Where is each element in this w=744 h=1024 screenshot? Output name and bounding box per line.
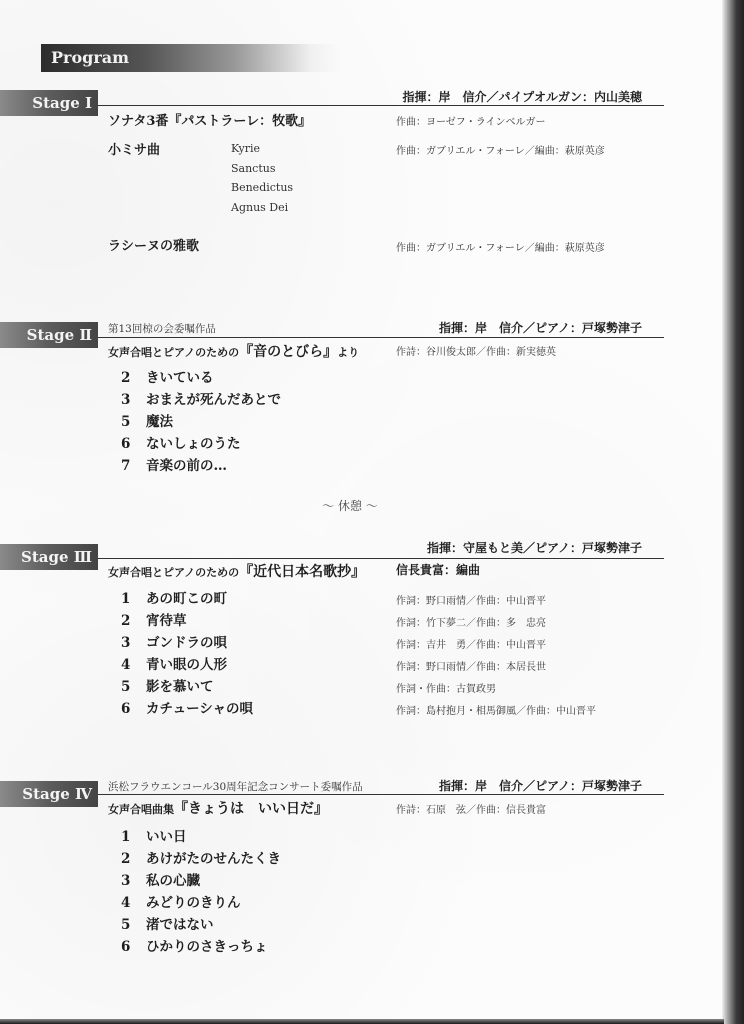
song-credit: 作詞：竹下夢二／作曲：多 忠亮 [396, 614, 546, 629]
song-item: 5渚ではない [121, 913, 214, 933]
stage-3-divider [98, 558, 664, 559]
page-bottom-edge-shadow [0, 1019, 724, 1024]
stage-3-arranger: 信長貴富：編曲 [396, 561, 480, 578]
page-title: Program [51, 48, 129, 67]
work-title-main: 『近代日本名歌抄』 [239, 564, 365, 580]
song-item: 3おまえが死んだあとで [121, 388, 281, 408]
song-item: 1あの町この町 [121, 587, 227, 607]
song-credit: 作詞・作曲：古賀政男 [396, 680, 496, 695]
stage-1-performers: 指揮：岸 信介／パイプオルガン：内山美穂 [402, 88, 642, 105]
song-credit: 作詞：野口雨情／作曲：本居長世 [396, 658, 546, 673]
page-right-edge-shadow [722, 0, 744, 1024]
song-item: 5魔法 [121, 410, 173, 430]
program-page: Program Stage Ⅰ 指揮：岸 信介／パイプオルガン：内山美穂 ソナタ… [0, 0, 722, 1020]
stage-1-work-1-credit: 作曲：ヨーゼフ・ラインベルガー [396, 113, 546, 128]
work-title-main: 『音のとびら』 [239, 344, 337, 360]
movement-benedictus: Benedictus [231, 178, 293, 198]
stage-4-divider [98, 794, 664, 795]
stage-1-work-3-credit: 作曲：ガブリエル・フォーレ／編曲：萩原英彦 [396, 239, 605, 254]
song-item: 6ないしょのうた [121, 432, 241, 452]
stage-1-work-2-title: 小ミサ曲 [108, 139, 160, 158]
program-title-banner: Program [41, 44, 341, 72]
song-item: 5影を慕いて [121, 675, 214, 695]
stage-1-label: Stage Ⅰ [0, 90, 98, 116]
stage-3-performers: 指揮：守屋もと美／ピアノ：戸塚勢津子 [427, 539, 642, 556]
stage-1-work-3-title: ラシーヌの雅歌 [108, 235, 199, 254]
song-item: 7音楽の前の… [121, 454, 227, 474]
song-item: 1いい日 [121, 825, 187, 845]
work-title-prefix: 女声合唱とピアノのための [108, 566, 239, 579]
stage-1-divider [98, 105, 664, 106]
song-item: 2きいている [121, 366, 214, 386]
song-item: 2あけがたのせんたくき [121, 847, 281, 867]
song-item: 4青い眼の人形 [121, 653, 227, 673]
stage-3-label: Stage Ⅲ [0, 544, 98, 570]
stage-1-movements: Kyrie Sanctus Benedictus Agnus Dei [231, 139, 293, 217]
work-title-main: 『きょうは いい日だ』 [174, 801, 328, 817]
stage-2-label: Stage Ⅱ [0, 322, 98, 348]
stage-3-work-title: 女声合唱とピアノのための『近代日本名歌抄』 [108, 561, 365, 581]
stage-2-performers: 指揮：岸 信介／ピアノ：戸塚勢津子 [439, 319, 642, 336]
song-credit: 作詞：吉井 勇／作曲：中山晋平 [396, 636, 546, 651]
stage-4-performers: 指揮：岸 信介／ピアノ：戸塚勢津子 [439, 777, 642, 794]
stage-1-work-2-credit: 作曲：ガブリエル・フォーレ／編曲：萩原英彦 [396, 142, 605, 157]
movement-agnus-dei: Agnus Dei [231, 198, 293, 218]
intermission-label: ～ 休憩 ～ [0, 497, 700, 514]
song-item: 3ゴンドラの唄 [121, 631, 227, 651]
work-title-prefix: 女声合唱曲集 [108, 803, 174, 816]
song-credit: 作詞：野口雨情／作曲：中山晋平 [396, 592, 546, 607]
stage-2-divider [98, 337, 664, 338]
song-item: 4みどりのきりん [121, 891, 241, 911]
song-item: 6ひかりのさきっちょ [121, 935, 268, 955]
stage-4-work-title: 女声合唱曲集『きょうは いい日だ』 [108, 798, 328, 818]
stage-2-credit: 作詩：谷川俊太郎／作曲：新実徳英 [396, 343, 556, 358]
song-item: 3私の心臓 [121, 869, 200, 889]
song-credit: 作詞：島村抱月・相馬御風／作曲：中山晋平 [396, 702, 596, 717]
work-title-suffix: より [337, 346, 359, 359]
stage-4-commission: 浜松フラウエンコール30周年記念コンサート委嘱作品 [108, 779, 363, 794]
stage-2-work-title: 女声合唱とピアノのための『音のとびら』より [108, 341, 359, 361]
work-title-prefix: 女声合唱とピアノのための [108, 346, 239, 359]
song-item: 6カチューシャの唄 [121, 697, 253, 717]
stage-1-work-1-title: ソナタ3番『パストラーレ：牧歌』 [108, 110, 311, 129]
movement-sanctus: Sanctus [231, 159, 293, 179]
song-item: 2宵待草 [121, 609, 187, 629]
movement-kyrie: Kyrie [231, 139, 293, 159]
stage-4-label: Stage Ⅳ [0, 781, 98, 807]
stage-4-credit: 作詩：石原 弦／作曲：信長貴富 [396, 801, 546, 816]
stage-2-commission: 第13回椋の会委嘱作品 [108, 321, 216, 336]
